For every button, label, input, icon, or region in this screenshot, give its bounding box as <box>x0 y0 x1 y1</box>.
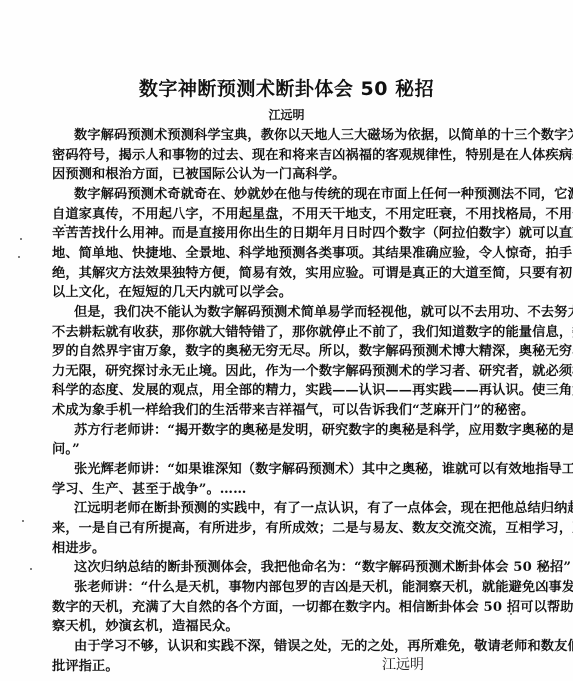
scan-speck <box>510 613 512 615</box>
body-line: 术成为象手机一样给我们的生活带来吉祥福气，可以告诉我们“芝麻开门”的秘密。 <box>52 399 534 418</box>
body-line: 问。” <box>52 438 80 457</box>
body-line: 张老师讲：“什么是天机，事物内部包罗的吉凶是天机，能洞察天机，就能避免凶事发生”… <box>74 576 573 595</box>
body-line: 因预测和根治方面，已被国际公认为一门高科学。 <box>52 163 345 182</box>
body-line: 江远明老师在断卦预测的实践中，有了一点认识，有了一点体会，现在把他总结归纳起 <box>74 497 573 516</box>
body-line: 张光辉老师讲：“如果谁深知（数字解码预测术）其中之奥秘，谁就可以有效地指导工作、 <box>74 458 573 477</box>
body-line: 批评指正。 <box>52 655 119 674</box>
body-line: 不去耕耘就有收获，那你就大错特错了，那你就停止不前了，我们知道数字的能量信息，数… <box>52 321 573 340</box>
body-line: 密码符号，揭示人和事物的过去、现在和将来吉凶祸福的客观规律性，特别是在人体疾病基 <box>52 144 573 163</box>
scan-speck <box>18 256 20 258</box>
body-line: 学习、生产、甚至于战争”。…… <box>52 478 246 497</box>
body-line: 辛苦苦找什么用神。而是直接用你出生的日期年月日时四个数字（阿拉伯数字）就可以直观 <box>52 222 573 241</box>
body-line: 罗的自然界宇宙万象，数字的奥秘无穷无尽。所以，数字解码预测术博大精深，奥秘无穷、… <box>52 340 573 359</box>
body-line: 相进步。 <box>52 537 105 556</box>
scan-speck <box>22 520 24 522</box>
body-line: 绝，其解灾方法效果独特方便，简易有效，实用应验。可谓是真正的大道至简，只要有初中 <box>52 262 573 281</box>
signature: 江远明 <box>382 654 424 674</box>
body-line: 以上文化，在短短的几天内就可以学会。 <box>52 281 292 300</box>
document-title: 数字神断预测术断卦体会 50 秘招 <box>0 74 573 101</box>
body-line: 数字的天机，充满了大自然的各个方面，一切都在数字内。相信断卦体会 50 招可以帮… <box>52 596 573 615</box>
body-line: 苏方行老师讲：“揭开数字的奥秘是发明，研究数字的奥秘是科学，应用数字奥秘的是学 <box>74 419 573 438</box>
scan-speck <box>30 568 32 570</box>
scan-speck <box>20 238 22 240</box>
body-line: 数字解码预测术预测科学宝典，教你以天地人三大磁场为依据，以简单的十三个数字为 <box>74 124 573 143</box>
body-line: 但是，我们决不能认为数字解码预测术简单易学而轻视他，就可以不去用功、不去努力、 <box>74 301 573 320</box>
document-author: 江远明 <box>0 106 573 123</box>
body-line: 这次归纳总结的断卦预测体会，我把他命名为：“数字解码预测术断卦体会 50 秘招” <box>74 556 571 575</box>
body-line: 自道家真传，不用起八字，不用起星盘，不用天干地支，不用定旺衰，不用找格局，不用辛 <box>52 203 573 222</box>
body-line: 数字解码预测术奇就奇在、妙就妙在他与传统的现在市面上任何一种预测法不同，它源 <box>74 183 573 202</box>
body-line: 地、简单地、快捷地、全景地、科学地预测各类事项。其结果准确应验，令人惊奇，拍手叫 <box>52 242 573 261</box>
body-line: 来，一是自己有所提高，有所进步，有所成效；二是与易友、数友交流交流，互相学习，互 <box>52 517 573 536</box>
body-line: 科学的态度、发展的观点，用全部的精力，实践——认识——再实践——再认识。使三角定… <box>52 379 573 398</box>
body-line: 力无限，研究探讨永无止境。因此，作为一个数字解码预测术的学习者、研究者，就必须树… <box>52 360 573 379</box>
body-line: 察天机，妙演玄机，造福民众。 <box>52 615 239 634</box>
body-line: 由于学习不够，认识和实践不深，错误之处，无的之处，再所难免，敬请老师和数友们 <box>74 635 573 654</box>
scan-speck <box>64 224 66 226</box>
